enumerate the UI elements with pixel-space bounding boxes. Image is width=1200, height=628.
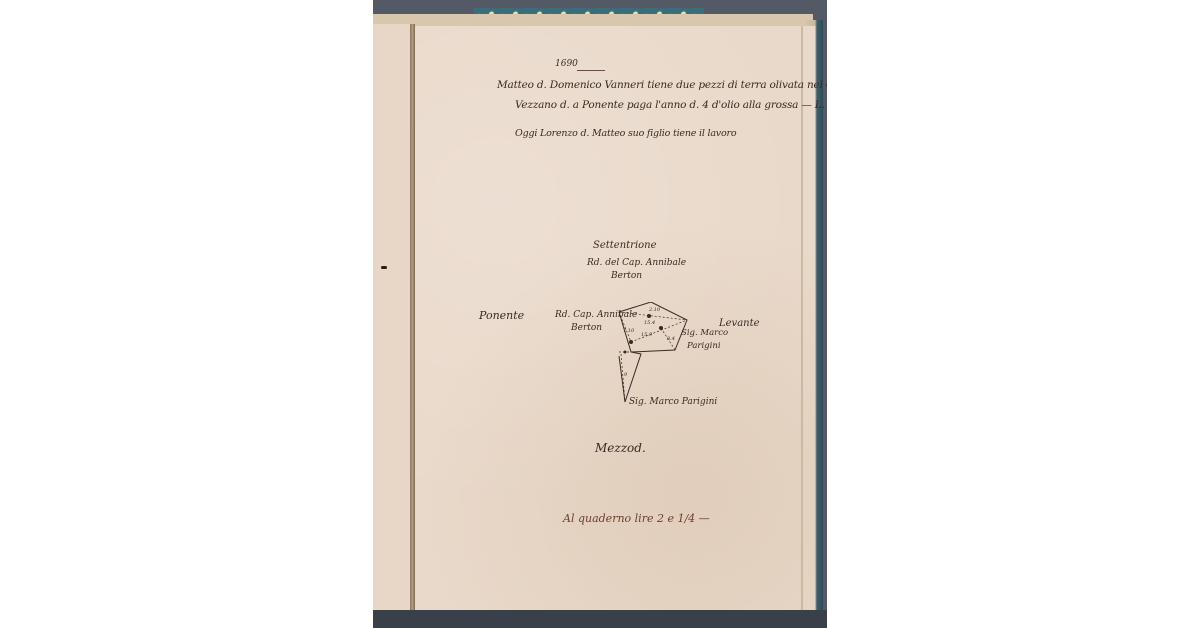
land-parcel-diagram: 2.10 15.4 7.10 15.9 8.4 9 (611, 302, 721, 412)
west-neighbor-line-2: Berton (571, 324, 602, 333)
year-underline (577, 70, 605, 71)
compass-west-label: Ponente (479, 310, 524, 321)
ink-blot (381, 266, 387, 269)
year-heading: 1690 (555, 60, 578, 69)
measure-4: 15.9 (641, 332, 653, 338)
entry-line-3: Oggi Lorenzo d. Matteo suo figlio tiene … (515, 129, 736, 139)
measure-2: 15.4 (644, 320, 655, 326)
compass-north-label: Settentrione (593, 241, 657, 251)
page-edge-line (801, 26, 803, 612)
measure-1: 2.10 (648, 307, 661, 313)
estimate-line: Al quaderno lire 2 e 1/4 — (563, 513, 710, 524)
entry-line-1: Matteo d. Domenico Vanneri tiene due pez… (497, 80, 827, 91)
left-leaf (373, 24, 411, 612)
measure-5: 8.4 (667, 336, 675, 342)
measure-6: 9 (624, 372, 628, 378)
measure-3: 7.10 (623, 328, 635, 334)
manuscript-scan: 1690 70 Matteo d. Domenico Vanneri tiene… (373, 0, 827, 628)
north-neighbor-line-1: Rd. del Cap. Annibale (587, 259, 686, 268)
entry-line-2: Vezzano d. a Ponente paga l'anno d. 4 d'… (515, 100, 827, 111)
north-neighbor-line-2: Berton (611, 272, 642, 281)
compass-south-label: Mezzod. (595, 442, 646, 454)
scan-bottom-edge (373, 610, 827, 628)
manuscript-page: 1690 70 Matteo d. Domenico Vanneri tiene… (415, 26, 816, 612)
